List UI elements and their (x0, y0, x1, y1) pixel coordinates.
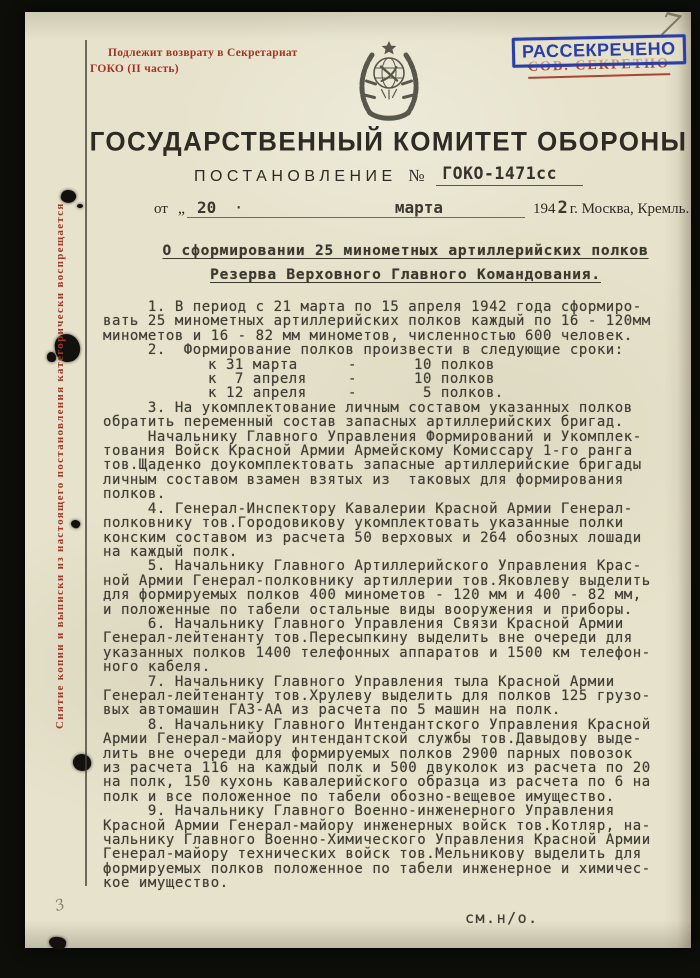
schedule-count: 5 полков. (414, 386, 504, 400)
paragraph: 5. Начальнику Главного Артиллерийского У… (103, 559, 671, 617)
decree-subject-title: О сформировании 25 минометных артиллерий… (86, 239, 691, 287)
decree-number-line: ПОСТАНОВЛЕНИЕ № ГОКО-1471сс (86, 166, 691, 188)
date-day-mark: · (234, 198, 244, 217)
scanned-document-photo: { "icons": { "emblem": "ussr-state-emble… (0, 0, 700, 978)
schedule-row: к 31 марта - 10 полков (103, 358, 671, 372)
numbered-paragraphs: 3. На укомплектование личным составом ук… (103, 401, 671, 891)
schedule-row: к 12 апреля - 5 полков. (103, 386, 671, 400)
formation-schedule: к 31 марта - 10 полков к 7 апреля - 10 п… (103, 358, 671, 401)
schedule-deadline: к 31 марта (208, 358, 348, 372)
decree-number: ГОКО-1471сс (436, 164, 583, 186)
document-page: Снятие копии и выписки из настоящего пос… (25, 12, 691, 948)
date-day-field: 20 · (187, 198, 313, 218)
intro-paragraphs: 1. В период с 21 марта по 15 апреля 1942… (103, 300, 671, 358)
schedule-count: 10 полков (414, 358, 495, 372)
date-day: 20 (197, 198, 216, 217)
decree-label: ПОСТАНОВЛЕНИЕ (194, 168, 397, 185)
paragraph: 6. Начальнику Главного Управления Связи … (103, 617, 671, 675)
date-month-field: марта (313, 198, 525, 218)
paragraph: 1. В период с 21 марта по 15 апреля 1942… (103, 300, 671, 358)
date-prefix: от (154, 201, 168, 218)
margin-pencil-mark: 3 (52, 895, 67, 915)
return-notice-line2: ГОКО (II часть) (90, 61, 340, 77)
classification-stamps: СОВ. СЕКРЕТНО РАССЕКРЕЧЕНО (520, 34, 668, 90)
return-to-secretariat-notice: Подлежит возврату в Секретариат ГОКО (II… (90, 45, 340, 77)
schedule-count: 10 полков (414, 372, 495, 386)
schedule-row: к 7 апреля - 10 полков (103, 372, 671, 386)
organization-title: ГОСУДАРСТВЕННЫЙ КОМИТЕТ ОБОРОНЫ (86, 125, 691, 157)
document-content: 7 Подлежит возврату в Секретариат ГОКО (… (86, 12, 691, 948)
subject-line-1: О сформировании 25 минометных артиллерий… (162, 243, 648, 259)
date-year-typed: 2 (557, 198, 567, 218)
date-line: от „ 20 · марта 194 2 г. Москва, Кремль. (154, 198, 691, 218)
paragraph: 7. Начальнику Главного Управления тыла К… (103, 675, 671, 718)
punch-hole (70, 518, 82, 529)
schedule-dash: - (348, 372, 414, 386)
paragraph: 8. Начальнику Главного Интендантского Уп… (103, 718, 671, 804)
date-place-suffix: г. Москва, Кремль. (570, 201, 690, 218)
paragraph: 4. Генерал-Инспектору Кавалерии Красной … (103, 502, 671, 560)
punch-hole (77, 204, 83, 208)
number-sign: № (408, 166, 424, 185)
date-year-printed: 194 (533, 201, 556, 218)
footer-mark: см.н/о. (465, 911, 671, 925)
margin-copy-prohibition-notice: Снятие копии и выписки из настоящего пос… (54, 154, 66, 729)
paragraph: 9. Начальнику Главного Военно-инженерног… (103, 804, 671, 890)
schedule-dash: - (348, 386, 414, 400)
date-open-quote: „ (178, 200, 185, 218)
declassified-stamp: РАССЕКРЕЧЕНО (512, 34, 686, 68)
paragraph: 3. На укомплектование личным составом ук… (103, 401, 671, 502)
punch-hole (48, 936, 67, 951)
subject-line-2: Резерва Верховного Главного Командования… (210, 267, 601, 283)
decree-body-text: 1. В период с 21 марта по 15 апреля 1942… (103, 300, 671, 925)
schedule-deadline: к 12 апреля (208, 386, 348, 400)
return-notice-line1: Подлежит возврату в Секретариат (90, 45, 340, 61)
schedule-deadline: к 7 апреля (208, 372, 348, 386)
ussr-state-emblem-icon (348, 40, 430, 124)
schedule-dash: - (348, 358, 414, 372)
